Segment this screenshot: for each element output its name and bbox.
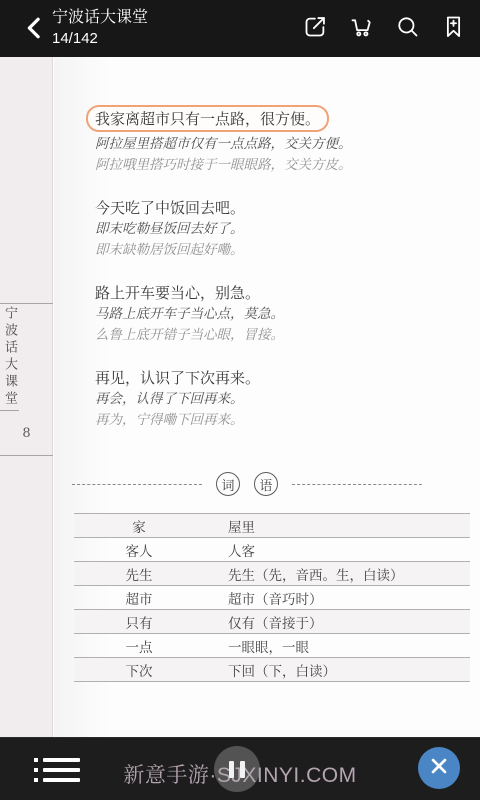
top-toolbar: 宁波话大课堂 14/142 bbox=[0, 0, 480, 57]
vocab-dialect: 人客 bbox=[204, 538, 470, 562]
highlighted-sentence-row: 我家离超市只有一点路，很方便。 bbox=[95, 105, 435, 134]
chevron-left-icon bbox=[20, 30, 50, 47]
bookmark-button[interactable] bbox=[438, 14, 468, 44]
vocab-standard: 下次 bbox=[74, 658, 204, 682]
dialect-line: 马路上底开车子当心点，莫急。 bbox=[95, 304, 435, 325]
table-row: 超市 超市（音巧时） bbox=[74, 586, 470, 610]
vocab-dialect: 一眼眼，一眼 bbox=[204, 634, 470, 658]
vocab-dialect: 超市（音巧时） bbox=[204, 586, 470, 610]
dialect-line: 阿拉屋里搭超市仅有一点点路，交关方便。 bbox=[95, 134, 435, 155]
bookmark-add-icon bbox=[440, 13, 467, 45]
standard-line: 路上开车要当心，别急。 bbox=[95, 283, 435, 304]
title-block: 宁波话大课堂 14/142 bbox=[52, 7, 148, 49]
phonetic-line: 么鲁上底开错子当心眼，冒接。 bbox=[95, 325, 435, 346]
side-tab: 宁波话大课堂 8 bbox=[0, 303, 53, 456]
vocab-dialect: 屋里 bbox=[204, 514, 470, 538]
vocab-dialect: 下回（下，白读） bbox=[204, 658, 470, 682]
close-icon bbox=[428, 755, 450, 782]
external-link-icon bbox=[302, 13, 329, 45]
page-progress: 14/142 bbox=[52, 29, 148, 49]
table-row: 先生 先生（先，音西。生，白读） bbox=[74, 562, 470, 586]
vocab-standard: 超市 bbox=[74, 586, 204, 610]
close-ad-button[interactable] bbox=[418, 747, 460, 789]
back-button[interactable] bbox=[20, 13, 50, 43]
side-tab-page-number: 8 bbox=[0, 411, 53, 456]
phonetic-line: 即末缺勒居饭回起好嘞。 bbox=[95, 240, 435, 261]
vocab-standard: 家 bbox=[74, 514, 204, 538]
toolbar-actions bbox=[300, 0, 468, 57]
table-row: 一点 一眼眼，一眼 bbox=[74, 634, 470, 658]
section-char-circle: 词 bbox=[216, 472, 240, 496]
highlighted-sentence: 我家离超市只有一点路，很方便。 bbox=[86, 105, 329, 132]
pause-button[interactable] bbox=[214, 746, 260, 792]
search-icon bbox=[394, 13, 421, 45]
dialog-content: 我家离超市只有一点路，很方便。 阿拉屋里搭超市仅有一点点路，交关方便。 阿拉哦里… bbox=[95, 105, 435, 453]
share-button[interactable] bbox=[300, 14, 330, 44]
table-row: 下次 下回（下，白读） bbox=[74, 658, 470, 682]
dialog-block: 我家离超市只有一点路，很方便。 阿拉屋里搭超市仅有一点点路，交关方便。 阿拉哦里… bbox=[95, 105, 435, 176]
vocab-standard: 先生 bbox=[74, 562, 204, 586]
dialog-block: 今天吃了中饭回去吧。 即末吃勒昼饭回去好了。 即末缺勒居饭回起好嘞。 bbox=[95, 198, 435, 261]
pause-icon bbox=[229, 761, 245, 778]
section-char-circle: 语 bbox=[254, 472, 278, 496]
table-row: 家 屋里 bbox=[74, 514, 470, 538]
book-page[interactable]: 宁波话大课堂 8 我家离超市只有一点路，很方便。 阿拉屋里搭超市仅有一点点路，交… bbox=[0, 57, 480, 737]
phonetic-line: 阿拉哦里搭巧时接于一眼眼路，交关方皮。 bbox=[95, 155, 435, 176]
standard-line: 今天吃了中饭回去吧。 bbox=[95, 198, 435, 219]
vocab-dialect: 仅有（音接于） bbox=[204, 610, 470, 634]
bottom-ad-bar: 新意手游·SJXINYI.COM bbox=[0, 737, 480, 800]
shopping-cart-icon bbox=[348, 13, 375, 45]
phonetic-line: 再为，宁得嘞下回再来。 bbox=[95, 410, 435, 431]
dashed-rule bbox=[292, 484, 422, 485]
vocab-standard: 一点 bbox=[74, 634, 204, 658]
dialog-block: 再见，认识了下次再来。 再会，认得了下回再来。 再为，宁得嘞下回再来。 bbox=[95, 368, 435, 431]
dialect-line: 即末吃勒昼饭回去好了。 bbox=[95, 219, 435, 240]
dialect-line: 再会，认得了下回再来。 bbox=[95, 389, 435, 410]
side-tab-title: 宁波话大课堂 bbox=[0, 304, 19, 411]
table-row: 客人 人客 bbox=[74, 538, 470, 562]
store-button[interactable] bbox=[346, 14, 376, 44]
standard-line: 再见，认识了下次再来。 bbox=[95, 368, 435, 389]
vocab-dialect: 先生（先，音西。生，白读） bbox=[204, 562, 470, 586]
vocab-section-header: 词 语 bbox=[72, 471, 422, 497]
book-title: 宁波话大课堂 bbox=[52, 7, 148, 29]
dialog-block: 路上开车要当心，别急。 马路上底开车子当心点，莫急。 么鲁上底开错子当心眼，冒接… bbox=[95, 283, 435, 346]
search-button[interactable] bbox=[392, 14, 422, 44]
vocab-standard: 客人 bbox=[74, 538, 204, 562]
vocab-table: 家 屋里 客人 人客 先生 先生（先，音西。生，白读） 超市 超市（音巧时） 只… bbox=[74, 513, 470, 682]
dashed-rule bbox=[72, 484, 202, 485]
table-row: 只有 仅有（音接于） bbox=[74, 610, 470, 634]
vocab-standard: 只有 bbox=[74, 610, 204, 634]
